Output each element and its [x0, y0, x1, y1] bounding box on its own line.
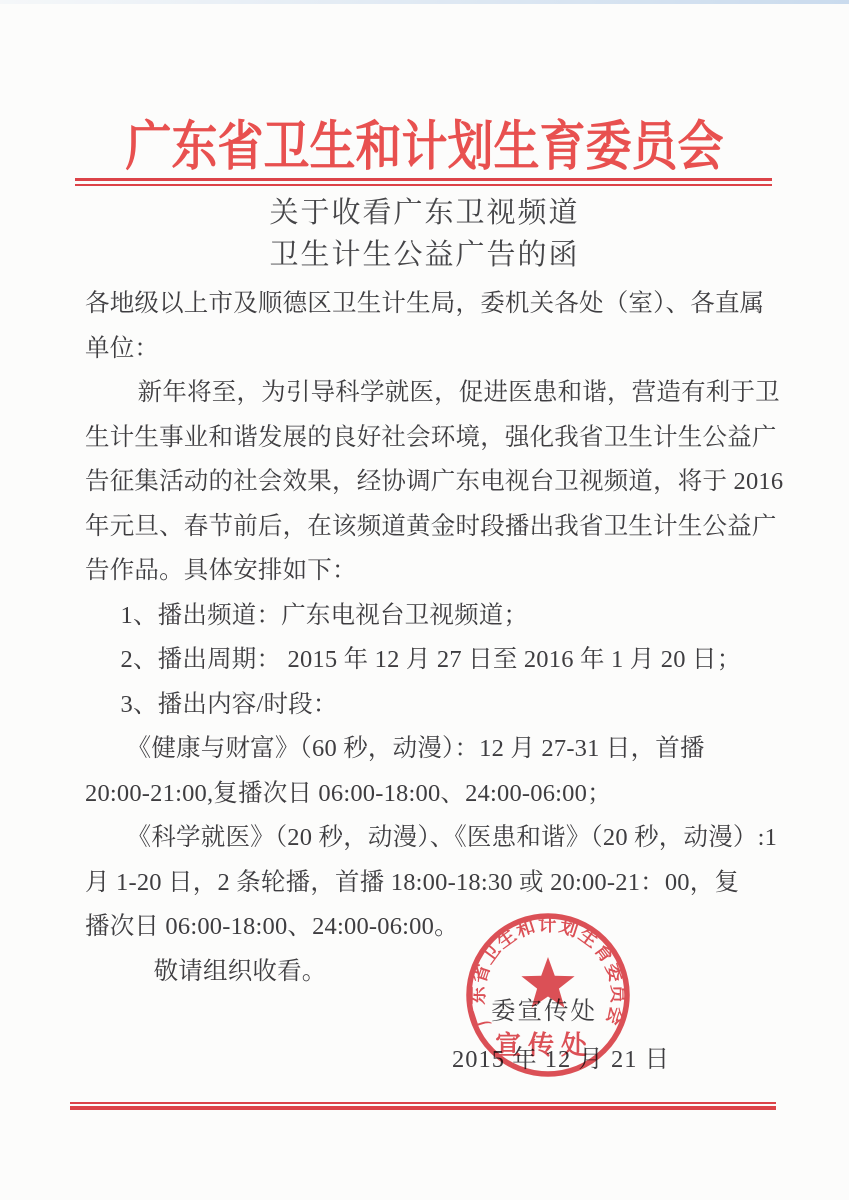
body-line: 生计生事业和谐发展的良好社会环境，强化我省卫生计生公益广: [85, 416, 785, 461]
separator-thin-line: [75, 184, 772, 186]
body-line: 3、播出内容/时段：: [85, 683, 785, 728]
footer-thick-line: [70, 1106, 776, 1110]
document-body: 各地级以上市及顺德区卫生计生局，委机关各处（室）、各直属单位：新年将至，为引导科…: [85, 282, 785, 994]
scan-edge-artifact: [0, 0, 849, 4]
body-line: 《健康与财富》（60 秒，动漫）：12 月 27-31 日，首播: [85, 727, 785, 772]
document-page: 广东省卫生和计划生育委员会 关于收看广东卫视频道 卫生计生公益广告的函 各地级以…: [0, 0, 849, 1200]
body-line: 20:00-21:00,复播次日 06:00-18:00、24:00-06:00…: [85, 772, 785, 817]
body-line: 告征集活动的社会效果，经协调广东电视台卫视频道，将于 2016: [85, 460, 785, 505]
body-line: 2、播出周期： 2015 年 12 月 27 日至 2016 年 1 月 20 …: [85, 638, 785, 683]
body-line: 1、播出频道：广东电视台卫视频道；: [85, 594, 785, 639]
letterhead-org-name: 广东省卫生和计划生育委员会: [0, 104, 849, 181]
official-seal-graphic: 广东省卫生和计划生育委员会 宣传处: [460, 907, 636, 1083]
seal-bottom-text: 宣传处: [495, 1030, 594, 1060]
letterhead-separator: [75, 178, 772, 186]
body-line: 年元旦、春节前后，在该频道黄金时段播出我省卫生计生公益广: [85, 505, 785, 550]
body-line: 单位：: [85, 327, 785, 372]
document-title-line1: 关于收看广东卫视频道: [0, 192, 849, 234]
body-line: 播次日 06:00-18:00、24:00-06:00。: [85, 905, 785, 950]
document-title: 关于收看广东卫视频道 卫生计生公益广告的函: [0, 192, 849, 276]
body-line: 月 1-20 日，2 条轮播，首播 18:00-18:30 或 20:00-21…: [85, 861, 785, 906]
body-line: 告作品。具体安排如下：: [85, 549, 785, 594]
body-line: 新年将至，为引导科学就医，促进医患和谐，营造有利于卫: [85, 371, 785, 416]
body-line: 敬请组织收看。: [85, 950, 785, 995]
seal-star-icon: [521, 957, 574, 1008]
document-title-line2: 卫生计生公益广告的函: [0, 234, 849, 276]
official-seal: 广东省卫生和计划生育委员会 宣传处: [460, 907, 636, 1083]
body-line: 《科学就医》（20 秒，动漫）、《医患和谐》（20 秒，动漫）:1: [85, 816, 785, 861]
footer-separator: [70, 1102, 776, 1110]
body-line: 各地级以上市及顺德区卫生计生局，委机关各处（室）、各直属: [85, 282, 785, 327]
